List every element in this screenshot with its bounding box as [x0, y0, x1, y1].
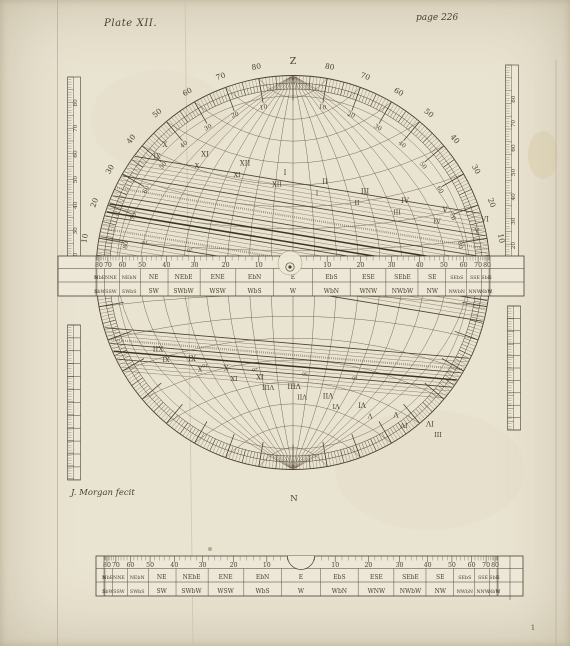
svg-text:20: 20 [346, 111, 356, 120]
svg-text:10: 10 [352, 375, 358, 381]
svg-text:III: III [434, 430, 442, 438]
svg-text:20: 20 [187, 246, 193, 252]
svg-text:SSW: SSW [113, 589, 124, 595]
svg-text:30: 30 [373, 123, 383, 133]
svg-text:VI: VI [358, 400, 367, 408]
svg-text:XII: XII [153, 344, 164, 352]
svg-text:20: 20 [88, 196, 100, 208]
svg-text:10: 10 [259, 103, 268, 111]
svg-text:X: X [197, 364, 202, 372]
svg-text:70: 70 [104, 262, 112, 269]
svg-text:II: II [354, 199, 360, 207]
svg-text:30: 30 [511, 217, 517, 225]
svg-text:NE: NE [157, 574, 167, 581]
svg-text:80: 80 [251, 61, 262, 72]
corner-mark: 1 [531, 624, 535, 632]
svg-text:NW: NW [427, 288, 439, 295]
svg-text:S: S [496, 575, 499, 581]
svg-text:70: 70 [511, 120, 517, 128]
svg-text:W: W [290, 288, 297, 295]
engraving-page: 102030102010203010 XXIXIIIIIIIIIVVVIIXXX… [0, 0, 570, 646]
svg-text:20: 20 [252, 366, 258, 372]
svg-text:NbE: NbE [102, 575, 113, 581]
svg-text:30: 30 [302, 370, 308, 376]
svg-text:NNE: NNE [113, 575, 125, 581]
svg-text:NWbW: NWbW [392, 288, 414, 295]
svg-text:VII: VII [322, 391, 334, 399]
svg-text:60: 60 [511, 144, 517, 152]
svg-text:SEbE: SEbE [402, 574, 419, 581]
svg-text:XI: XI [162, 355, 170, 363]
svg-text:10: 10 [323, 262, 331, 269]
svg-text:EbS: EbS [325, 274, 337, 281]
svg-text:NE: NE [149, 274, 159, 281]
svg-text:10: 10 [255, 262, 263, 269]
zenith-label: Z [290, 56, 297, 67]
svg-text:80: 80 [122, 241, 130, 250]
svg-text:NEbN: NEbN [122, 275, 137, 281]
svg-text:60: 60 [435, 185, 445, 195]
svg-text:XI: XI [188, 353, 196, 361]
svg-text:III: III [361, 188, 370, 196]
svg-text:SEbS: SEbS [458, 575, 471, 581]
svg-text:20: 20 [230, 111, 240, 120]
svg-text:50: 50 [448, 562, 456, 569]
svg-text:SW: SW [157, 588, 168, 595]
svg-text:SbW: SbW [94, 289, 105, 295]
svg-text:10: 10 [142, 239, 148, 245]
svg-text:60: 60 [73, 150, 79, 158]
svg-text:30: 30 [199, 562, 207, 569]
svg-text:30: 30 [104, 163, 117, 176]
svg-text:20: 20 [356, 262, 364, 269]
svg-text:50: 50 [138, 262, 146, 269]
svg-text:20: 20 [222, 262, 230, 269]
svg-text:10: 10 [263, 562, 271, 569]
svg-text:EbN: EbN [248, 274, 261, 281]
svg-text:WNW: WNW [360, 288, 378, 295]
svg-text:60: 60 [118, 262, 126, 269]
svg-text:10: 10 [496, 233, 507, 244]
svg-text:20: 20 [486, 197, 498, 209]
svg-text:VI: VI [332, 402, 341, 410]
svg-text:40: 40 [511, 193, 517, 201]
svg-text:70: 70 [215, 70, 227, 82]
svg-text:50: 50 [440, 262, 448, 269]
svg-text:SE: SE [428, 274, 437, 281]
nadir-label: N [290, 494, 298, 504]
svg-text:50: 50 [418, 160, 428, 170]
svg-text:ESE: ESE [362, 274, 375, 281]
svg-text:I: I [284, 169, 287, 177]
svg-text:N: N [496, 589, 500, 595]
svg-text:SbW: SbW [102, 589, 113, 595]
svg-text:80: 80 [511, 95, 517, 103]
svg-text:70: 70 [129, 212, 138, 222]
svg-text:SW: SW [149, 288, 160, 295]
detached-compass-rule: 102030405060708010203040506070800NNbENNE… [58, 556, 523, 600]
svg-text:20: 20 [230, 562, 238, 569]
svg-text:WbS: WbS [256, 588, 270, 595]
svg-text:II: II [322, 178, 328, 186]
svg-text:50: 50 [511, 168, 517, 176]
svg-text:80: 80 [456, 241, 464, 250]
svg-text:NW: NW [435, 588, 447, 595]
svg-text:30: 30 [396, 562, 404, 569]
svg-text:NEbE: NEbE [175, 274, 193, 281]
svg-text:70: 70 [359, 70, 371, 82]
svg-text:X: X [223, 363, 228, 371]
svg-text:WSW: WSW [209, 288, 226, 295]
svg-text:VIII: VIII [287, 382, 302, 390]
svg-text:SWbS: SWbS [122, 289, 137, 295]
svg-text:40: 40 [170, 562, 178, 569]
svg-text:70: 70 [474, 262, 482, 269]
svg-text:IV: IV [433, 218, 441, 226]
svg-text:40: 40 [162, 262, 170, 269]
horizon-slider-rule: 10203040506070801020304050607080NNbENNEN… [58, 251, 524, 296]
svg-text:IX: IX [256, 372, 264, 380]
svg-text:XI: XI [201, 150, 209, 158]
svg-text:50: 50 [146, 562, 154, 569]
svg-text:SE: SE [436, 574, 445, 581]
svg-text:NEbN: NEbN [130, 575, 145, 581]
svg-text:WbN: WbN [324, 288, 339, 295]
svg-text:ENE: ENE [219, 574, 233, 581]
svg-text:60: 60 [126, 562, 134, 569]
svg-text:30: 30 [388, 262, 396, 269]
svg-text:SSE: SSE [478, 575, 488, 581]
svg-text:IV: IV [425, 419, 434, 427]
svg-text:WSW: WSW [217, 588, 234, 595]
svg-text:20: 20 [511, 242, 517, 250]
plate-number-label: Plate XII. [103, 18, 157, 29]
svg-text:E: E [299, 574, 303, 581]
svg-text:30: 30 [73, 227, 79, 235]
svg-text:EbN: EbN [256, 574, 269, 581]
svg-text:NWbN: NWbN [457, 589, 473, 595]
engraver-signature: J. Morgan fecit [69, 488, 135, 498]
svg-text:VIII: VIII [261, 383, 275, 391]
svg-text:S: S [488, 275, 491, 281]
analemma-plate-diagram: 102030102010203010 XXIXIIIIIIIIIVVVIIXXX… [0, 0, 570, 646]
svg-text:V: V [441, 206, 448, 214]
svg-text:80: 80 [324, 61, 335, 72]
svg-text:30: 30 [191, 262, 199, 269]
svg-text:40: 40 [73, 201, 79, 209]
svg-text:SSW: SSW [105, 289, 116, 295]
svg-text:X: X [163, 141, 168, 149]
svg-text:WbS: WbS [248, 288, 262, 295]
svg-text:60: 60 [392, 86, 405, 99]
svg-text:NNE: NNE [105, 275, 117, 281]
svg-text:XI: XI [233, 171, 241, 179]
svg-text:NbE: NbE [94, 275, 105, 281]
svg-text:SWbS: SWbS [130, 589, 145, 595]
svg-text:70: 70 [73, 124, 79, 132]
svg-text:XII: XII [272, 180, 282, 188]
svg-text:SEbE: SEbE [394, 274, 411, 281]
svg-text:SSE: SSE [470, 275, 480, 281]
svg-text:WbN: WbN [332, 588, 347, 595]
svg-text:30: 30 [470, 163, 483, 176]
svg-text:SWbW: SWbW [181, 588, 202, 595]
svg-text:20: 20 [364, 562, 372, 569]
svg-text:40: 40 [424, 562, 432, 569]
svg-text:X: X [195, 162, 200, 170]
svg-text:IX: IX [230, 374, 238, 382]
svg-text:ENE: ENE [211, 274, 225, 281]
svg-text:EbS: EbS [333, 574, 345, 581]
svg-text:NEbE: NEbE [183, 574, 201, 581]
svg-text:10: 10 [318, 103, 327, 111]
svg-text:W: W [298, 588, 305, 595]
page-number-label: page 226 [416, 13, 459, 23]
svg-text:XII: XII [240, 160, 251, 168]
svg-text:SWbW: SWbW [173, 288, 194, 295]
paper-stains [90, 70, 558, 551]
svg-text:70: 70 [112, 562, 120, 569]
svg-text:ESE: ESE [370, 574, 383, 581]
svg-text:III: III [393, 208, 401, 216]
svg-text:80: 80 [73, 99, 79, 107]
svg-text:40: 40 [416, 262, 424, 269]
svg-text:60: 60 [468, 562, 476, 569]
svg-text:NWbW: NWbW [400, 588, 422, 595]
svg-text:N: N [488, 289, 492, 295]
svg-text:V: V [367, 411, 373, 419]
svg-text:50: 50 [73, 176, 79, 184]
svg-text:VII: VII [297, 393, 308, 401]
svg-text:70: 70 [482, 562, 490, 569]
svg-text:10: 10 [331, 562, 339, 569]
svg-text:60: 60 [460, 262, 468, 269]
svg-text:10: 10 [79, 233, 90, 244]
svg-text:40: 40 [449, 133, 462, 146]
svg-text:SEbS: SEbS [450, 275, 463, 281]
svg-text:NWbN: NWbN [449, 289, 465, 295]
svg-text:IV: IV [401, 197, 410, 205]
svg-text:WNW: WNW [368, 588, 386, 595]
svg-text:50: 50 [422, 106, 435, 119]
